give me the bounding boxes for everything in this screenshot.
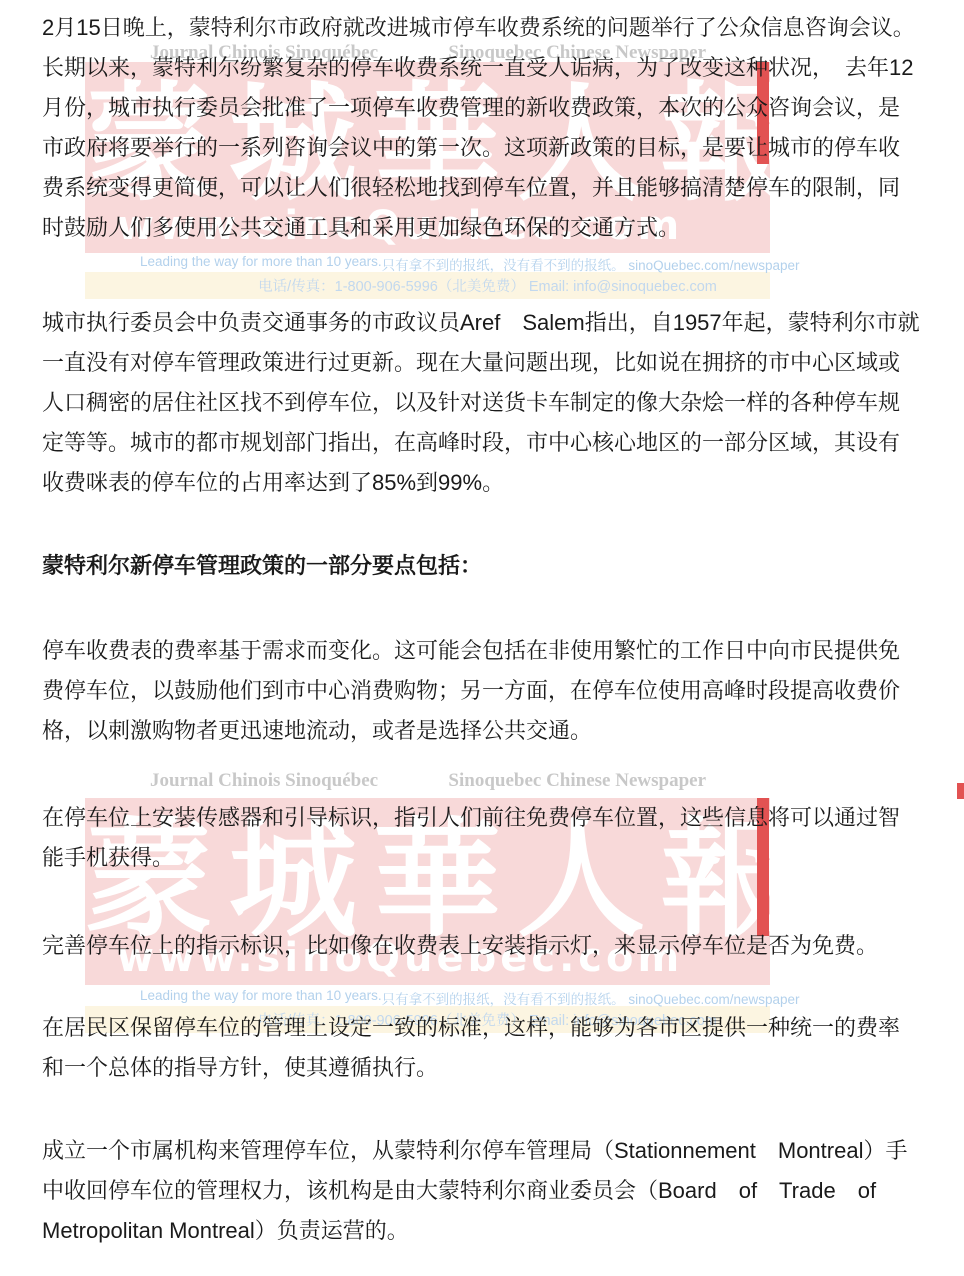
contact-watermark: 电话/传真：1-800-906-5996（北美免费） Email: info@s… [85,272,770,299]
slogan-english: Leading the way for more than 10 years. [140,254,382,274]
watermark-journal-line: Journal Chinois Sinoquébec Sinoquebec Ch… [150,770,706,792]
contact-line: 电话/传真：1-800-906-5996（北美免费） Email: info@s… [258,275,717,296]
article-page: Journal Chinois Sinoquébec Sinoquebec Ch… [0,0,964,1276]
article-paragraph-signage: 完善停车位上的指示标识，比如像在收费表上安装指示灯，来显示停车位是否为免费。 [42,926,923,966]
slogan-english: Leading the way for more than 10 years. [140,988,382,1008]
slogan-watermark: Leading the way for more than 10 years. … [140,254,718,274]
slogan-chinese: 只有拿不到的报纸，没有看不到的报纸。 sinoQuebec.com/newspa… [382,988,800,1008]
article-paragraph-residential: 在居民区保留停车位的管理上设定一致的标准，这样，能够为各市区提供一种统一的费率 … [42,1008,923,1088]
article-paragraph-salem: 城市执行委员会中负责交通事务的市政议员Aref Salem指出，自1957年起，… [42,303,923,503]
watermark-journal-left: Journal Chinois Sinoquébec [150,770,378,792]
slogan-chinese: 只有拿不到的报纸，没有看不到的报纸。 sinoQuebec.com/newspa… [382,254,800,274]
article-paragraph-rates: 停车收费表的费率基于需求而变化。这可能会包括在非使用繁忙的工作日中向市民提供免 … [42,631,923,751]
article-paragraph-intro: 2月15日晚上，蒙特利尔市政府就改进城市停车收费系统的问题举行了公众信息咨询会议… [42,8,923,248]
article-paragraph-sensors: 在停车位上安装传感器和引导标识，指引人们前往免费停车位置，这些信息将可以通过智 … [42,798,923,878]
article-paragraph-agency: 成立一个市属机构来管理停车位，从蒙特利尔停车管理局（Stationnement … [42,1131,923,1251]
watermark-journal-right: Sinoquebec Chinese Newspaper [448,770,706,792]
slogan-watermark: Leading the way for more than 10 years. … [140,988,718,1008]
watermark-corner-mark [957,783,964,799]
section-heading: 蒙特利尔新停车管理政策的一部分要点包括： [42,546,923,586]
